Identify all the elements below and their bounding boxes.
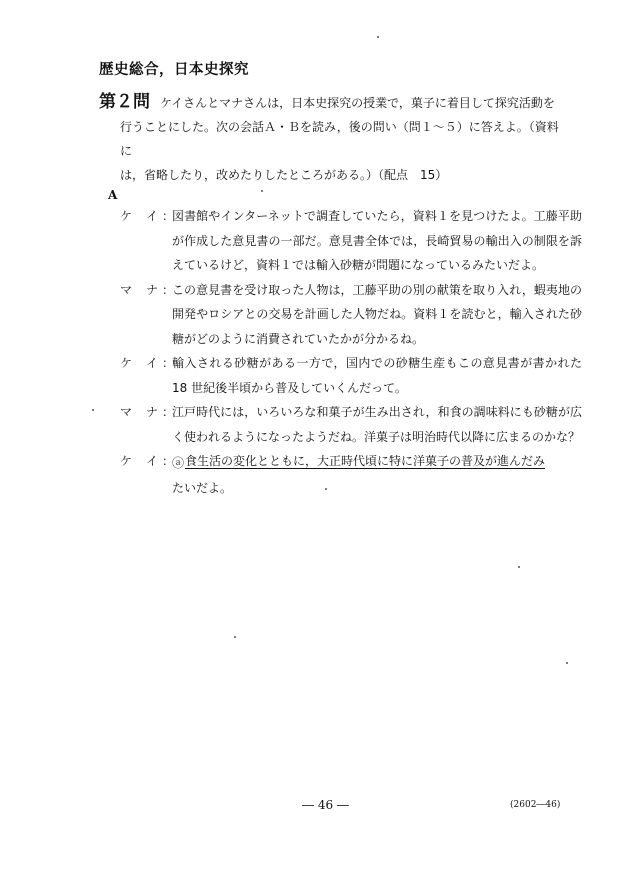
scan-speck	[377, 36, 379, 38]
scan-speck	[234, 636, 236, 638]
dialogue-turn: ケ イ ： 図書館やインターネットで調査していたら，資料１を見つけたよ。工藤平助…	[120, 204, 582, 278]
utterance: この意見書を受け取った人物は，工藤平助の別の献策を取り入れ，蝦夷地の開発やロシア…	[172, 278, 582, 352]
page-code: (2602―46)	[510, 800, 560, 810]
speaker-char: ケ	[120, 449, 146, 500]
speaker-char: ケ	[120, 351, 146, 400]
scan-speck	[92, 409, 94, 411]
dialogue: ケ イ ： 図書館やインターネットで調査していたら，資料１を見つけたよ。工藤平助…	[120, 204, 582, 500]
intro-line-3: は，省略したり，改めたりしたところがある。）（配点 15）	[99, 163, 569, 187]
dialogue-turn: マ ナ ： 江戸時代には，いろいろな和菓子が生み出され，和食の調味料にも砂糖が広…	[120, 400, 582, 449]
speaker-char: ナ	[146, 400, 162, 449]
intro-line-1: ケイさんとマナさんは，日本史探究の授業で，菓子に着目して探究活動を	[160, 96, 555, 110]
speaker-label: ケ イ ：	[120, 449, 172, 500]
section-label-a: A	[108, 188, 117, 202]
utterance: 江戸時代には，いろいろな和菓子が生み出され，和食の調味料にも砂糖が広く使われるよ…	[172, 400, 582, 449]
scan-speck	[518, 566, 520, 568]
speaker-label: マ ナ ：	[120, 400, 172, 449]
scan-speck	[566, 662, 568, 664]
speaker-colon: ：	[162, 351, 172, 400]
utterance: 輸入される砂糖がある一方で，国内での砂糖生産もこの意見書が書かれた 18 世紀後…	[172, 351, 582, 400]
intro-line-2: 行うことにした。次の会話Ａ・Ｂを読み，後の問い（問１～５）に答えよ。（資料に	[99, 115, 569, 163]
dialogue-turn: ケ イ ： 輸入される砂糖がある一方で，国内での砂糖生産もこの意見書が書かれた …	[120, 351, 582, 400]
speaker-char: イ	[146, 351, 162, 400]
speaker-colon: ：	[162, 204, 172, 278]
speaker-colon: ：	[162, 449, 172, 500]
marker-a-icon: ⓐ	[172, 456, 184, 470]
utterance: ⓐ食生活の変化とともに，大正時代頃に特に洋菓子の普及が進んだみたいだよ。	[172, 449, 582, 500]
dialogue-turn: ケ イ ： ⓐ食生活の変化とともに，大正時代頃に特に洋菓子の普及が進んだみたいだ…	[120, 449, 582, 500]
subject-header: 歴史総合，日本史探究	[99, 58, 249, 79]
speaker-char: イ	[146, 449, 162, 500]
speaker-colon: ：	[162, 278, 172, 352]
speaker-char: ケ	[120, 204, 146, 278]
speaker-char: マ	[120, 400, 146, 449]
speaker-char: ナ	[146, 278, 162, 352]
underlined-passage-a: 食生活の変化とともに，大正時代頃に特に洋菓子の普及が進んだみ	[185, 454, 545, 468]
question-number: 第２問	[99, 92, 150, 112]
speaker-char: マ	[120, 278, 146, 352]
utterance: 図書館やインターネットで調査していたら，資料１を見つけたよ。工藤平助が作成した意…	[172, 204, 582, 278]
utterance-tail: たいだよ。	[172, 481, 232, 495]
scan-speck	[325, 488, 327, 490]
speaker-label: マ ナ ：	[120, 278, 172, 352]
speaker-label: ケ イ ：	[120, 351, 172, 400]
dialogue-turn: マ ナ ： この意見書を受け取った人物は，工藤平助の別の献策を取り入れ，蝦夷地の…	[120, 278, 582, 352]
speaker-label: ケ イ ：	[120, 204, 172, 278]
question-intro: 第２問ケイさんとマナさんは，日本史探究の授業で，菓子に着目して探究活動を 行うこ…	[99, 90, 569, 187]
speaker-colon: ：	[162, 400, 172, 449]
scan-speck	[261, 190, 263, 192]
page-number: ― 46 ―	[302, 798, 349, 812]
speaker-char: イ	[146, 204, 162, 278]
